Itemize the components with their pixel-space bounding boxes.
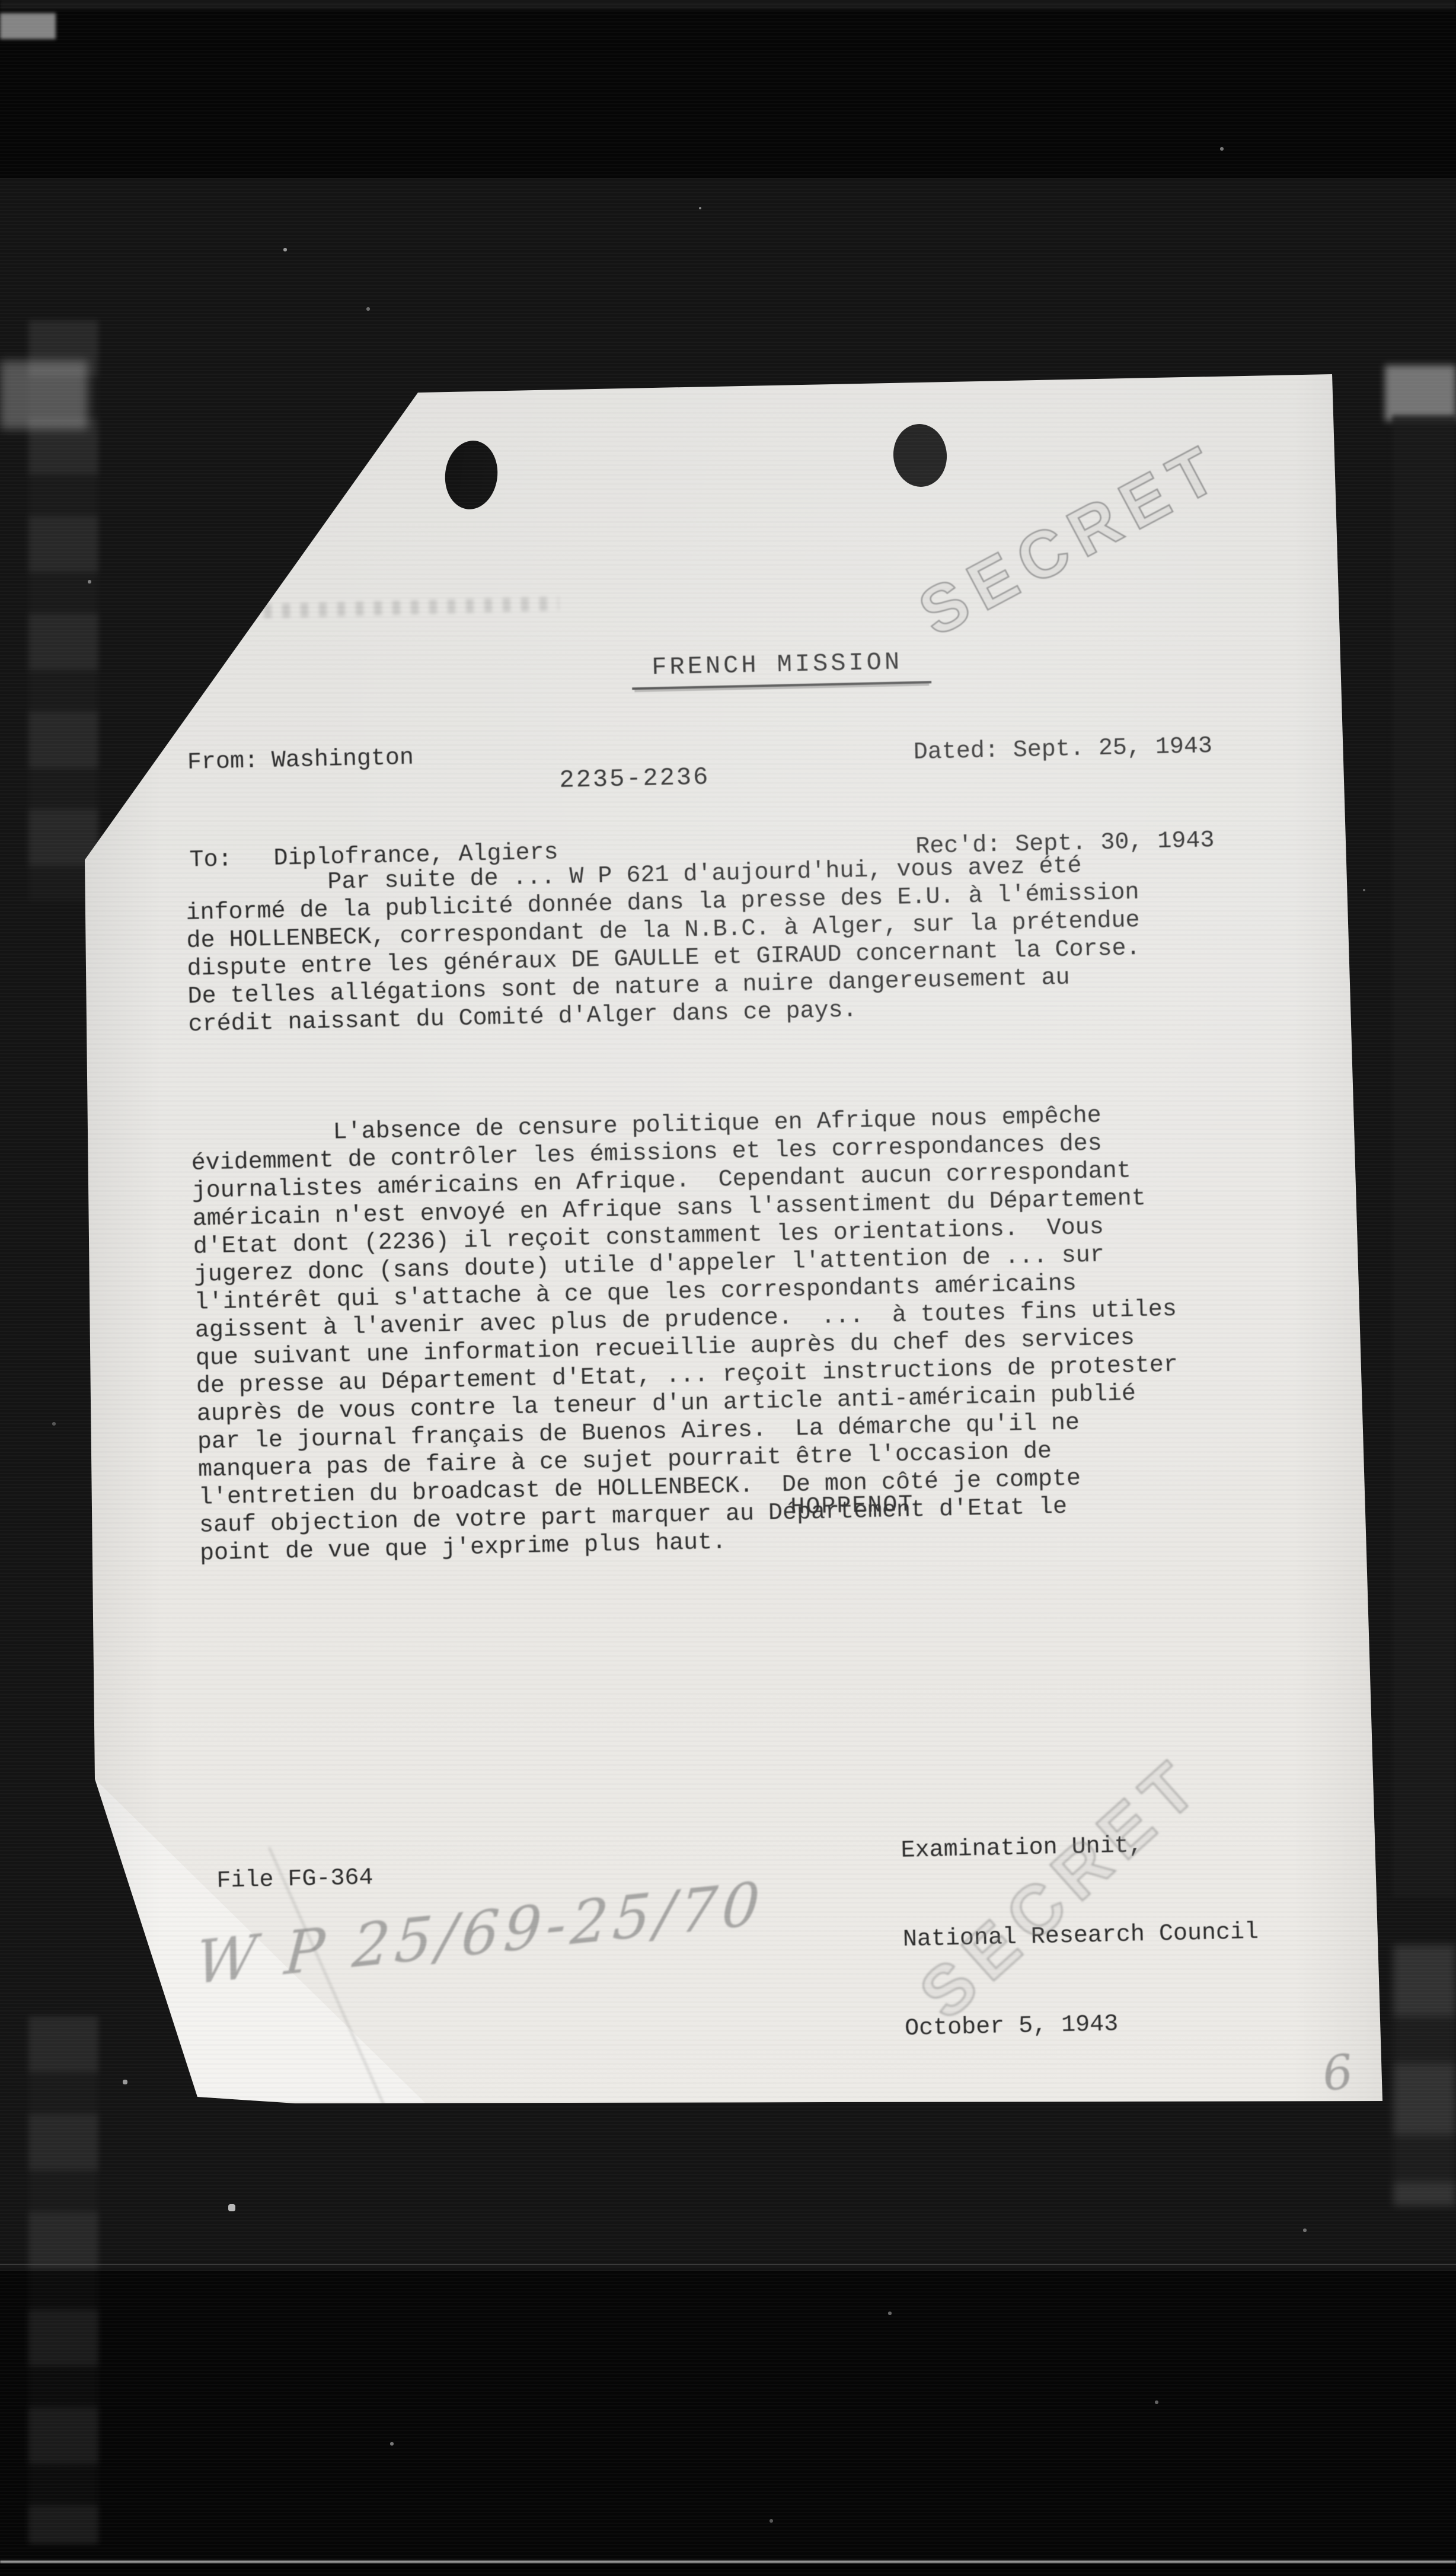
message-number: 2235-2236 [559, 763, 710, 795]
film-sprocket-column-top [28, 320, 98, 901]
page-title: FRENCH MISSION [559, 620, 932, 719]
secret-stamp-top: SECRET [907, 428, 1237, 652]
dated-value: Sept. 25, 1943 [1013, 733, 1212, 764]
from-line: From: Washington [187, 738, 556, 779]
film-artifact-right-blocks [1393, 1945, 1456, 2206]
document-page: FRENCH MISSION From: Washington To: Dipl… [85, 374, 1383, 2113]
ghost-typing-artifact [227, 597, 559, 620]
pencil-page-number: 6 [1320, 2044, 1355, 2102]
punch-hole-right [891, 422, 950, 489]
punch-hole-left [441, 438, 501, 512]
file-number: File FG-364 [216, 1864, 373, 1895]
film-edge-shadow [0, 2564, 1456, 2576]
body-paragraph-2: L'absence de censure politique en Afriqu… [190, 1101, 1182, 1568]
dated-line: Dated: Sept. 25, 1943 [913, 731, 1212, 769]
film-artifact-left-patch [0, 361, 88, 429]
film-artifact-right-strip [1392, 415, 1456, 1898]
from-value: Washington [271, 742, 414, 777]
microfilm-scan: { "doc": { "stamp_text": "SECRET", "titl… [0, 0, 1456, 2576]
film-sprocket-column-bottom [28, 2016, 98, 2544]
page-title-text: FRENCH MISSION [631, 648, 931, 690]
film-edge-line [0, 2561, 1456, 2563]
from-label: From: [187, 745, 272, 779]
film-artifact-top-left [0, 13, 56, 39]
film-artifact-right-patch [1385, 365, 1456, 421]
dated-label: Dated: [913, 738, 999, 766]
body-paragraph-1: Par suite de ... W P 621 d'aujourd'hui, … [185, 850, 1170, 1039]
message-body: Par suite de ... W P 621 d'aujourd'hui, … [184, 795, 1183, 1624]
film-dust-speckles [0, 0, 1, 1]
film-scratch-line [0, 2264, 1456, 2265]
signature: HOPPENOT [790, 1491, 914, 1522]
film-artifact-top-band [0, 0, 1456, 9]
